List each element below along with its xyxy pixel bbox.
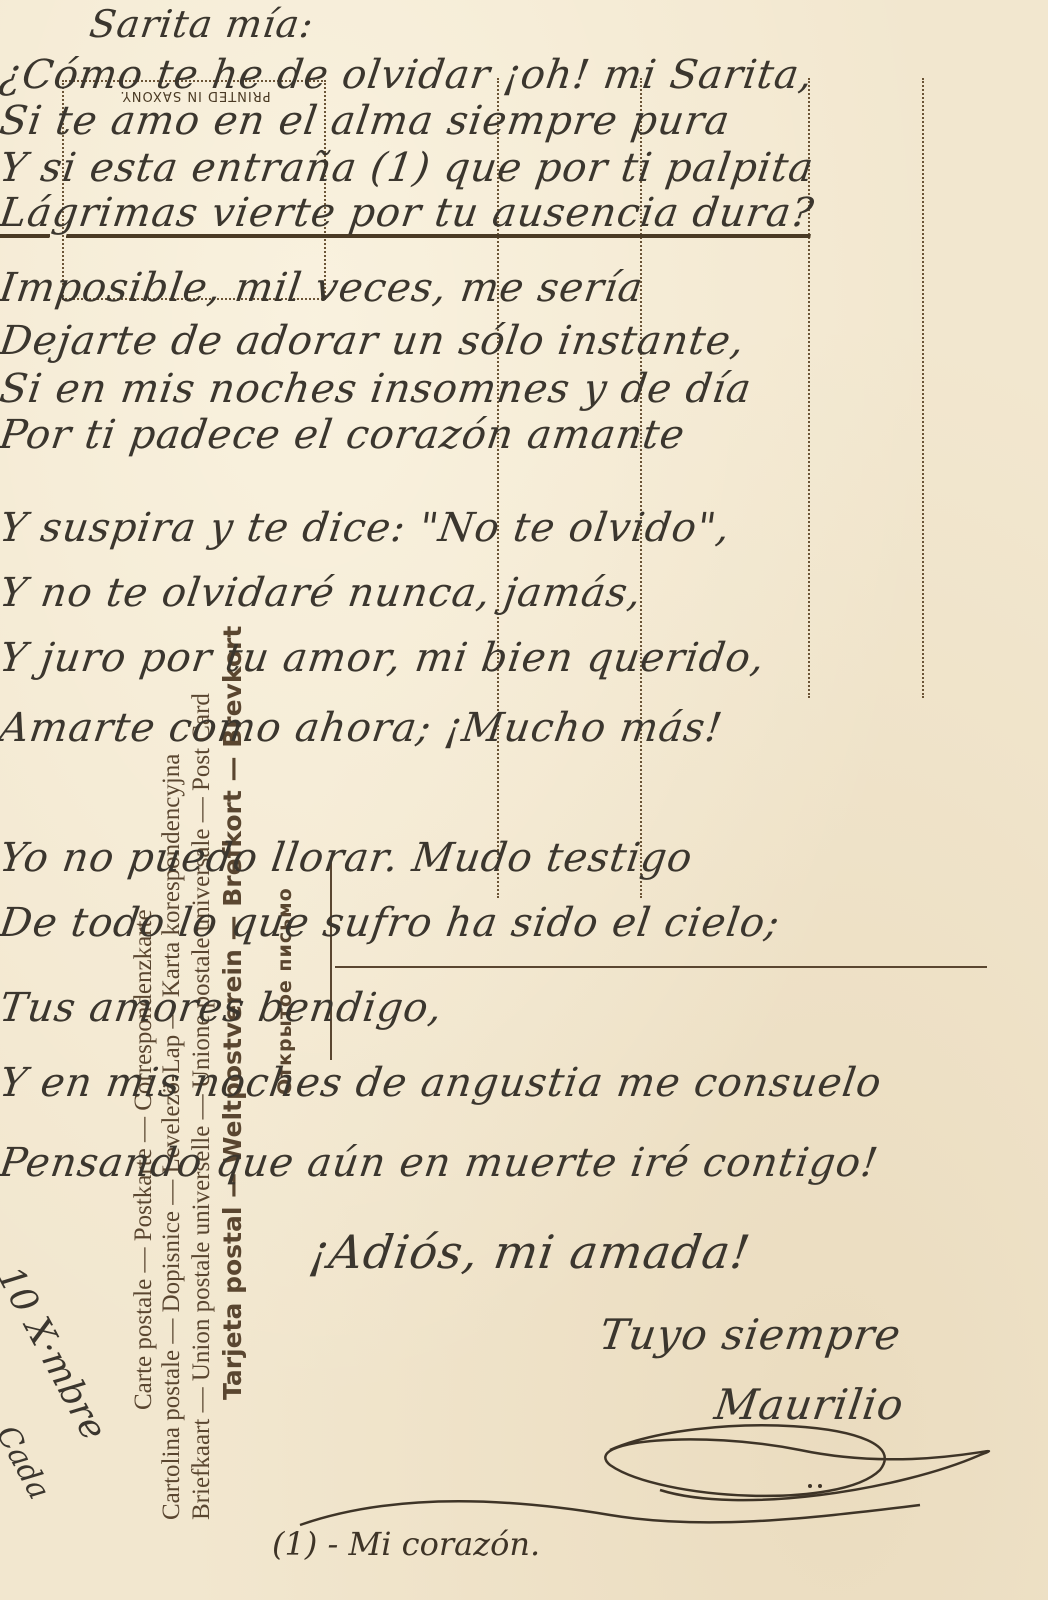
letter-line: ¿Cómo te he de olvidar ¡oh! mi Sarita, [0, 52, 816, 98]
letter-line: Tus amores bendigo, [0, 985, 446, 1031]
salutation: Sarita mía: [87, 2, 317, 46]
letter-line: Imposible, mil veces, me sería [0, 265, 646, 311]
printed-vertical-line-3: Briefkaart — Union postale universelle —… [188, 693, 216, 1520]
margin-date-note: 10 X·mbre [0, 1260, 114, 1447]
letter-line: Si en mis noches insomnes y de día [0, 366, 754, 412]
closing: ¡Adiós, mi amada! [306, 1225, 754, 1279]
letter-line: Si te amo en el alma siempre pura [0, 98, 733, 144]
dotted-guide [922, 78, 924, 698]
letter-line: Y no te olvidaré nunca, jamás, [0, 570, 645, 616]
letter-line: Dejarte de adorar un sólo instante, [0, 318, 748, 364]
letter-line: Lágrimas vierte por tu ausencia dura? [0, 190, 817, 236]
letter-line: Y juro por tu amor, mi bien querido, [0, 635, 768, 681]
letter-line: Y suspira y te dice: "No te olvido", [0, 505, 733, 551]
margin-note: Cada [0, 1420, 57, 1505]
letter-line: Amarte como ahora; ¡Mucho más! [0, 705, 726, 751]
postcard: PRINTED IN SAXONY. Carte postale — Postk… [0, 0, 1048, 1600]
letter-line: De todo lo que sufro ha sido el cielo; [0, 900, 783, 946]
letter-line: Y si esta entraña (1) que por ti palpita [0, 145, 817, 191]
letter-line: Pensando que aún en muerte iré contigo! [0, 1140, 881, 1186]
letter-line: Yo no puedo llorar. Mudo testigo [0, 835, 696, 881]
valediction: Tuyo siempre [597, 1310, 905, 1359]
address-line [335, 966, 987, 968]
footnote: (1) - Mi corazón. [272, 1525, 540, 1563]
letter-line: Por ti padece el corazón amante [0, 412, 688, 458]
letter-line: Y en mis noches de angustia me consuelo [0, 1060, 885, 1106]
